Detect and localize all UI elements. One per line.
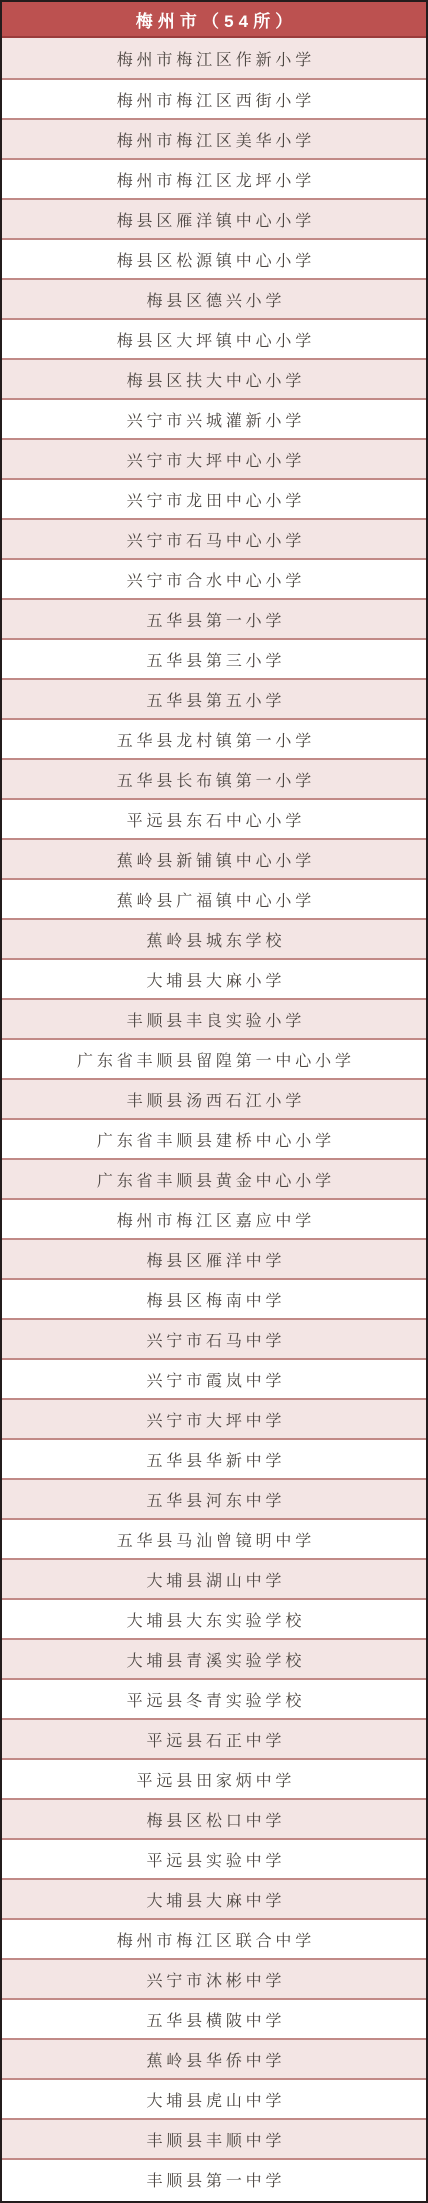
list-item: 五华县第一小学 bbox=[2, 598, 426, 638]
list-item: 丰顺县汤西石江小学 bbox=[2, 1078, 426, 1118]
list-item: 丰顺县第一中学 bbox=[2, 2158, 426, 2198]
list-item: 梅州市梅江区嘉应中学 bbox=[2, 1198, 426, 1238]
list-item: 五华县龙村镇第一小学 bbox=[2, 718, 426, 758]
list-item: 大埔县大麻中学 bbox=[2, 1878, 426, 1918]
list-item: 大埔县大东实验学校 bbox=[2, 1598, 426, 1638]
list-item: 五华县横陂中学 bbox=[2, 1998, 426, 2038]
list-item: 兴宁市石马中学 bbox=[2, 1318, 426, 1358]
list-item: 平远县石正中学 bbox=[2, 1718, 426, 1758]
list-item: 兴宁市合水中心小学 bbox=[2, 558, 426, 598]
list-item: 兴宁市大坪中心小学 bbox=[2, 438, 426, 478]
list-item: 梅州市梅江区作新小学 bbox=[2, 38, 426, 78]
list-item: 兴宁市兴城灌新小学 bbox=[2, 398, 426, 438]
list-item: 梅县区松源镇中心小学 bbox=[2, 238, 426, 278]
list-item: 平远县东石中心小学 bbox=[2, 798, 426, 838]
list-item: 梅州市梅江区龙坪小学 bbox=[2, 158, 426, 198]
list-item: 蕉岭县华侨中学 bbox=[2, 2038, 426, 2078]
list-item: 梅县区梅南中学 bbox=[2, 1278, 426, 1318]
list-item: 大埔县大麻小学 bbox=[2, 958, 426, 998]
list-item: 平远县实验中学 bbox=[2, 1838, 426, 1878]
school-table: 梅州市（54所） 梅州市梅江区作新小学梅州市梅江区西街小学梅州市梅江区美华小学梅… bbox=[0, 0, 428, 2203]
list-item: 广东省丰顺县黄金中心小学 bbox=[2, 1158, 426, 1198]
table-header: 梅州市（54所） bbox=[2, 2, 426, 38]
list-item: 蕉岭县广福镇中心小学 bbox=[2, 878, 426, 918]
list-item: 广东省丰顺县留隍第一中心小学 bbox=[2, 1038, 426, 1078]
list-item: 梅州市梅江区西街小学 bbox=[2, 78, 426, 118]
list-item: 五华县长布镇第一小学 bbox=[2, 758, 426, 798]
list-item: 梅州市梅江区美华小学 bbox=[2, 118, 426, 158]
list-item: 平远县田家炳中学 bbox=[2, 1758, 426, 1798]
list-item: 五华县华新中学 bbox=[2, 1438, 426, 1478]
list-item: 大埔县青溪实验学校 bbox=[2, 1638, 426, 1678]
list-item: 五华县第五小学 bbox=[2, 678, 426, 718]
list-item: 五华县河东中学 bbox=[2, 1478, 426, 1518]
list-item: 梅县区松口中学 bbox=[2, 1798, 426, 1838]
list-item: 梅县区雁洋镇中心小学 bbox=[2, 198, 426, 238]
list-item: 丰顺县丰良实验小学 bbox=[2, 998, 426, 1038]
list-item: 大埔县虎山中学 bbox=[2, 2078, 426, 2118]
school-list: 梅州市梅江区作新小学梅州市梅江区西街小学梅州市梅江区美华小学梅州市梅江区龙坪小学… bbox=[2, 38, 426, 2198]
list-item: 兴宁市大坪中学 bbox=[2, 1398, 426, 1438]
list-item: 兴宁市沐彬中学 bbox=[2, 1958, 426, 1998]
list-item: 兴宁市龙田中心小学 bbox=[2, 478, 426, 518]
list-item: 平远县冬青实验学校 bbox=[2, 1678, 426, 1718]
list-item: 兴宁市霞岚中学 bbox=[2, 1358, 426, 1398]
list-item: 蕉岭县城东学校 bbox=[2, 918, 426, 958]
list-item: 梅州市梅江区联合中学 bbox=[2, 1918, 426, 1958]
list-item: 五华县马汕曾镜明中学 bbox=[2, 1518, 426, 1558]
list-item: 梅县区德兴小学 bbox=[2, 278, 426, 318]
list-item: 丰顺县丰顺中学 bbox=[2, 2118, 426, 2158]
list-item: 蕉岭县新铺镇中心小学 bbox=[2, 838, 426, 878]
table-header-title: 梅州市（54所） bbox=[131, 7, 298, 32]
list-item: 梅县区雁洋中学 bbox=[2, 1238, 426, 1278]
list-item: 梅县区大坪镇中心小学 bbox=[2, 318, 426, 358]
list-item: 兴宁市石马中心小学 bbox=[2, 518, 426, 558]
list-item: 广东省丰顺县建桥中心小学 bbox=[2, 1118, 426, 1158]
list-item: 五华县第三小学 bbox=[2, 638, 426, 678]
list-item: 梅县区扶大中心小学 bbox=[2, 358, 426, 398]
list-item: 大埔县湖山中学 bbox=[2, 1558, 426, 1598]
